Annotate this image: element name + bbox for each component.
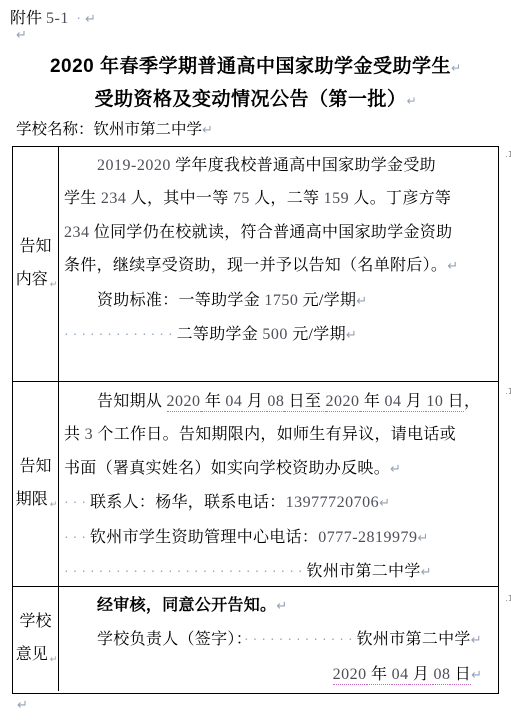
row-label-line: 意见↵ (16, 638, 56, 674)
row-end-mark: .1 (505, 387, 511, 396)
cell-line: ····························钦州市第二中学↵ (64, 555, 496, 586)
notice-table: .1 .1 .1 告知 内容↵ 2019-2020 学年度我校普通高中国家助学金… (12, 146, 499, 694)
cell-school-opinion: 经审核，同意公开告知。↵ 学校负责人（签字）：·············钦州市第… (59, 587, 498, 691)
cell-line: 经审核，同意公开告知。↵ (64, 589, 496, 623)
table-row-notice-period: 告知 期限↵ 告知期从 2020 年 04 月 08 日至 2020 年 04 … (13, 381, 498, 586)
row-label-school-opinion: 学校 意见↵ (13, 587, 59, 691)
row-label-line: 学校 (19, 605, 51, 638)
row-label-notice-period: 告知 期限↵ (13, 382, 59, 586)
paragraph-mark: ↵ (16, 27, 27, 43)
cell-notice-content: 2019-2020 学年度我校普通高中国家助学金受助 学生 234 人，其中一等… (59, 147, 498, 381)
table-row-notice-content: 告知 内容↵ 2019-2020 学年度我校普通高中国家助学金受助 学生 234… (13, 147, 498, 381)
cell-line-signature-date: 2020 年 04 月 08 日↵ (64, 658, 496, 691)
row-label-line: 告知 (19, 230, 51, 263)
attachment-label: 附件 5-1 ·↵ (10, 5, 96, 28)
row-label-line: 内容↵ (16, 263, 56, 299)
table-row-school-opinion: 学校 意见↵ 经审核，同意公开告知。↵ 学校负责人（签字）：··········… (13, 586, 498, 691)
cell-line: 告知期从 2020 年 04 月 08 日至 2020 年 04 月 10 日， (64, 385, 496, 418)
cell-line: ···联系人：杨华，联系电话：13977720706↵ (64, 486, 496, 520)
doc-title-line2: 受助资格及变动情况公告（第一批）↵ (0, 84, 511, 111)
cell-line: 条件，继续享受资助，现一并予以告知（名单附后）。↵ (64, 249, 496, 283)
school-name-line: 学校名称：钦州市第二中学↵ (16, 117, 213, 139)
cell-line: ·············二等助学金 500 元/学期↵ (64, 318, 496, 352)
row-end-mark: .1 (505, 594, 511, 603)
cell-line: 学校负责人（签字）：·············钦州市第二中学↵ (64, 623, 496, 657)
cell-line: 学生 234 人，其中一等 75 人，二等 159 人。丁彦方等 (64, 182, 496, 215)
cell-line: ···钦州市学生资助管理中心电话：0777-2819979↵ (64, 521, 496, 555)
row-label-notice-content: 告知 内容↵ (13, 147, 59, 381)
cell-line: 共 3 个工作日。告知期限内，如师生有异议，请电话或 (64, 418, 496, 451)
cell-line: 书面（署真实姓名）如实向学校资助办反映。↵ (64, 452, 496, 486)
row-label-line: 期限↵ (16, 483, 56, 519)
row-end-mark: .1 (505, 150, 511, 159)
row-label-line: 告知 (19, 450, 51, 483)
document-page: 附件 5-1 ·↵ ↵ 2020 年春季学期普通高中国家助学金受助学生↵ 受助资… (0, 0, 511, 724)
paragraph-mark: ↵ (17, 697, 28, 713)
cell-line: 资助标准：一等助学金 1750 元/学期↵ (64, 284, 496, 318)
cell-notice-period: 告知期从 2020 年 04 月 08 日至 2020 年 04 月 10 日，… (59, 382, 498, 586)
cell-line: 234 位同学仍在校就读，符合普通高中国家助学金资助 (64, 216, 496, 249)
doc-title-line1: 2020 年春季学期普通高中国家助学金受助学生↵ (0, 51, 511, 78)
cell-line: 2019-2020 学年度我校普通高中国家助学金受助 (64, 149, 496, 182)
